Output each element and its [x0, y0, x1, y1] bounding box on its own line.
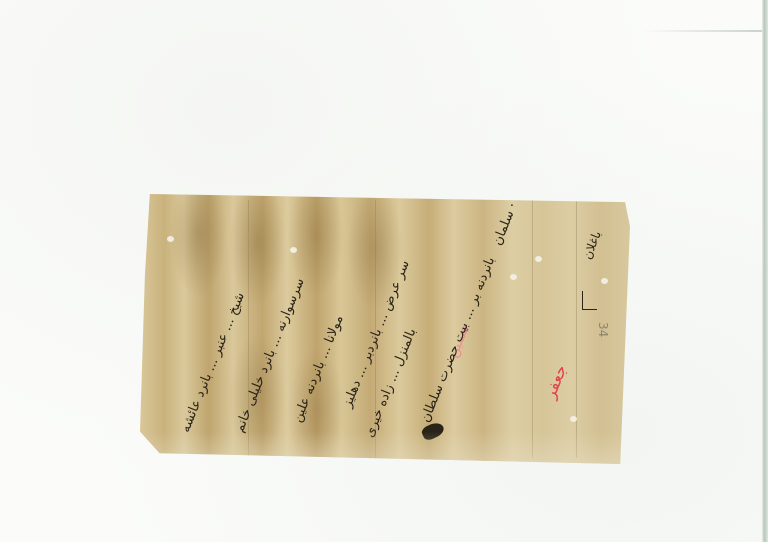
fold-line — [576, 200, 577, 458]
worm-hole — [290, 247, 297, 253]
text-line-6: ﺳﺮﺳﻮارﻧﻪ ... ﺑﺎﻧﺮد ﺧﻠﯿﻠﯽ ﺧﺎﻧﻢ — [232, 276, 308, 435]
fold-line — [375, 200, 376, 458]
ink-seal-mark — [420, 420, 446, 442]
scanner-edge — [762, 0, 768, 542]
text-line-5: ﻣﻮﻻﻧﺎ ... ﺑﺎﻧﺮدﻧﻪ ﻋﻠﯿﻦ — [290, 313, 347, 424]
manuscript-page: ﺑﺎﻏﻼن 34 ﺟﻌﻔﺮ ﺣﺴﯿﻦ ﻧﺠﻒ ﺑﮏ · اﺳﻤﻌﯿﻞ · ﺳﻠﻤ… — [140, 194, 630, 464]
worm-hole — [535, 256, 542, 262]
text-line-4: ﺳﺮ ﻋﺮض ... ﺑﺎﻧﺮدﺑﺮ ... دﻫﻠﯿﺰ — [340, 258, 413, 409]
catalog-number: 34 — [596, 322, 610, 337]
text-line-2: ﺑﺎﻧﺮدﻧﻪ ﺑﺮ ... ﺑﯿﺖ ﺣﻀﺮت ﺳﻠﻄﺎن — [418, 255, 498, 425]
worm-hole — [570, 416, 577, 422]
text-line-7: ﺷﯿﺦ ... ﻋﻨﺒﺮ ... ﺑﺎﻧﺮد ﻋﺎﺋﺸﻪ — [178, 290, 248, 434]
worm-hole — [601, 278, 608, 284]
fold-line — [532, 200, 533, 458]
worm-hole — [167, 236, 174, 242]
red-annotation: ﺟﻌﻔﺮ — [540, 362, 571, 401]
red-annotation-faint: ﺣﺴﯿﻦ — [445, 321, 473, 360]
bracket-mark — [582, 291, 597, 310]
text-line-3: ﺑﺎﻟﻤﻨﺰل ... زاده ﺧﯿﺮی — [362, 326, 419, 439]
fold-line — [248, 200, 249, 458]
worm-hole — [510, 274, 517, 280]
header-note: ﺑﺎﻏﻼن — [580, 229, 604, 261]
scanner-edge-shadow — [642, 30, 762, 32]
